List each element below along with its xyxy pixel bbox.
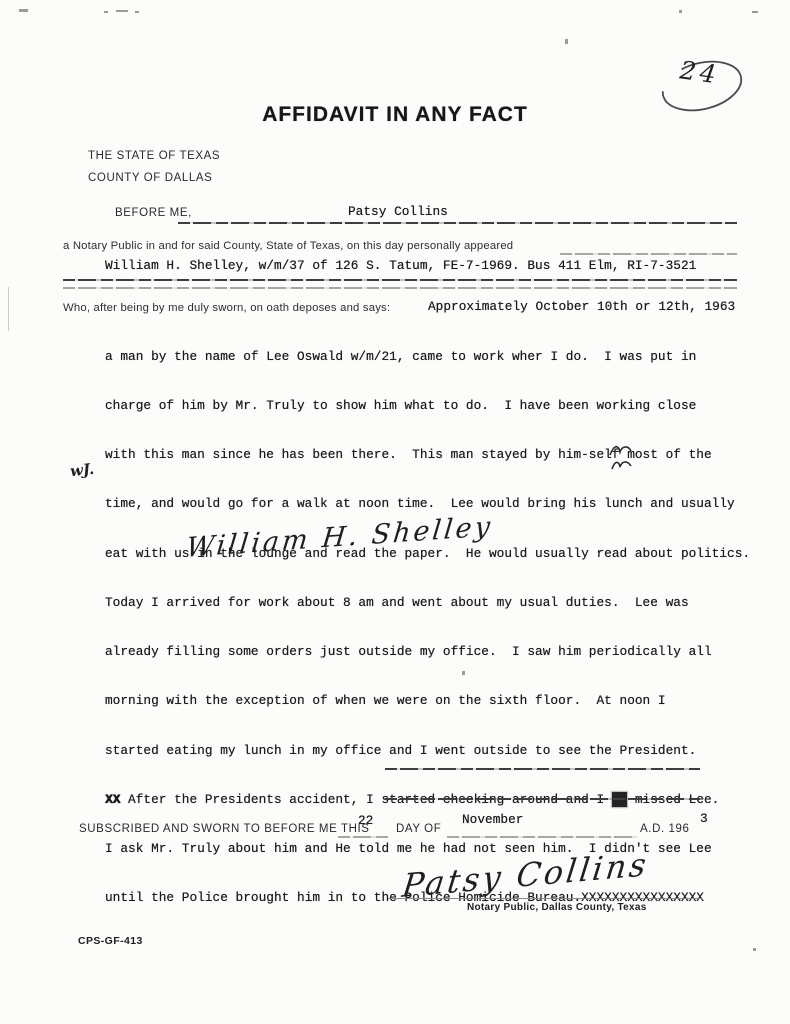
body-line: started eating my lunch in my office and… (105, 743, 765, 759)
notary-name-typed: Patsy Collins (348, 204, 448, 219)
county-line: COUNTY OF DALLAS (88, 172, 212, 184)
day-blank-line (338, 836, 388, 838)
affiant-blank-line-2 (63, 287, 737, 289)
deposition-label: Who, after being by me duly sworn, on oa… (63, 302, 390, 314)
form-number: CPS-GF-413 (78, 935, 143, 947)
body-line: already filling some orders just outside… (105, 644, 765, 660)
month-blank-line (447, 836, 637, 838)
affiant-identity-line: William H. Shelley, w/m/37 of 126 S. Tat… (105, 258, 696, 273)
body-line: charge of him by Mr. Truly to show him w… (105, 398, 765, 414)
scan-artifact (565, 39, 568, 44)
before-me-blank-line (178, 222, 737, 224)
notary-caption: Notary Public, Dallas County, Texas (467, 902, 647, 913)
handwritten-correction-mark (610, 459, 634, 471)
scan-artifact (135, 11, 139, 13)
body-line: I ask Mr. Truly about him and He told me… (105, 841, 765, 857)
scan-artifact (104, 11, 108, 13)
body-line: Today I arrived for work about 8 am and … (105, 595, 765, 611)
page-title: AFFIDAVIT IN ANY FACT (0, 103, 790, 127)
scan-artifact (8, 287, 9, 331)
notary-signature-line (388, 898, 702, 899)
handwritten-caret-mark (608, 443, 634, 457)
body-line: a man by the name of Lee Oswald w/m/21, … (105, 349, 765, 365)
scan-artifact (19, 9, 28, 12)
jurat-prefix: SUBSCRIBED AND SWORN TO BEFORE ME THIS (79, 823, 370, 835)
scan-artifact (116, 10, 128, 12)
jurat-day: 22 (358, 813, 373, 828)
jurat-year-prefix: A.D. 196 (640, 823, 690, 835)
jurat-day-of-label: DAY OF (396, 823, 441, 835)
scan-artifact (679, 10, 682, 13)
page-number-text: 24 (678, 55, 721, 89)
jurat-year-digit: 3 (700, 811, 708, 826)
jurat-month: November (462, 812, 523, 827)
affidavit-page: 24 AFFIDAVIT IN ANY FACT THE STATE OF TE… (0, 0, 790, 1024)
typed-strikeover: XX (105, 792, 120, 807)
blank-line-2 (385, 798, 700, 800)
body-line: time, and would go for a walk at noon ti… (105, 496, 765, 512)
appeared-blank-line (560, 253, 737, 255)
state-line: THE STATE OF TEXAS (88, 150, 220, 162)
before-me-label: BEFORE ME, (115, 207, 192, 219)
body-line: morning with the exception of when we we… (105, 693, 765, 709)
blank-line-1 (385, 768, 700, 770)
affiant-blank-line (63, 279, 737, 281)
deposition-body: a man by the name of Lee Oswald w/m/21, … (105, 316, 765, 939)
deposition-first-line: Approximately October 10th or 12th, 1963 (428, 299, 735, 314)
body-line: with this man since he has been there. T… (105, 447, 765, 463)
scan-artifact (753, 948, 756, 951)
scan-artifact (752, 11, 758, 13)
handwritten-margin-note: wJ. (69, 460, 95, 480)
appeared-label: a Notary Public in and for said County, … (63, 240, 513, 252)
